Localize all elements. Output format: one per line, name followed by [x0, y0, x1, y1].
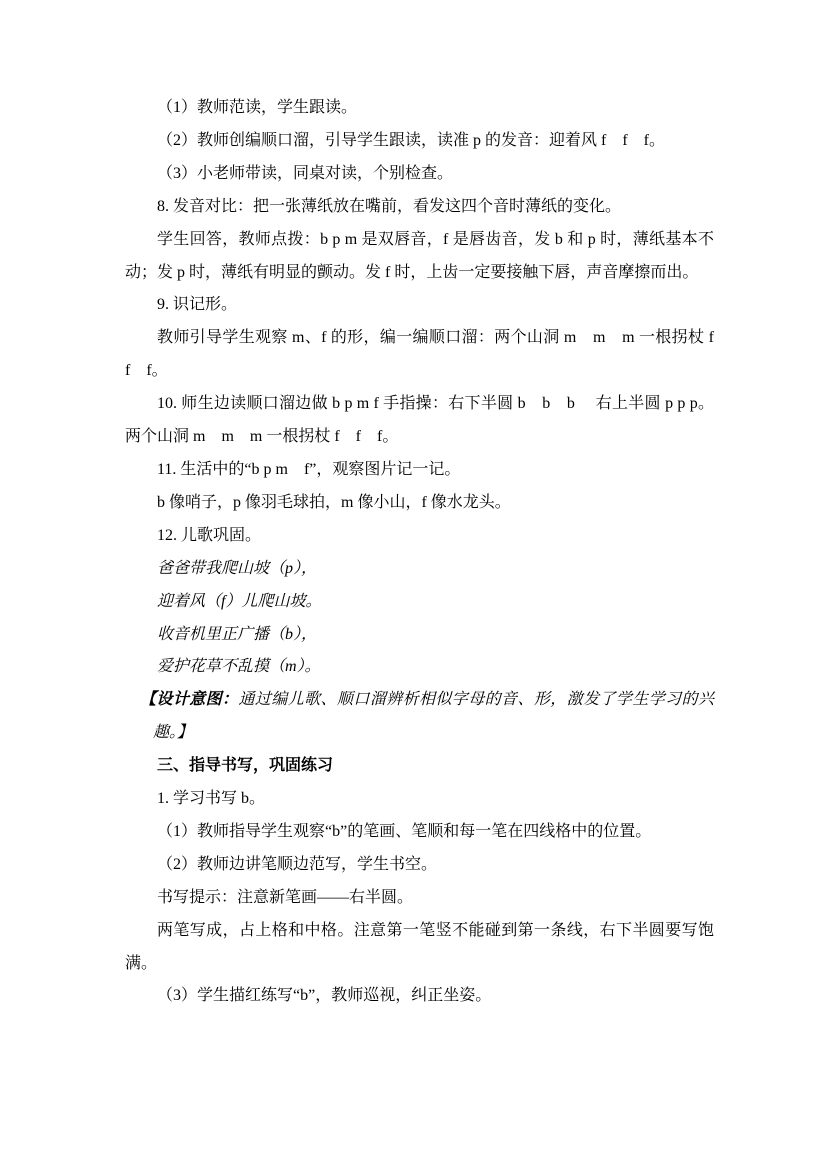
rhyme-line: 收音机里正广播（b）， — [125, 619, 714, 652]
paragraph-write-step1: （1）教师指导学生观察“b”的笔画、笔顺和每一笔在四线格中的位置。 — [125, 816, 714, 849]
rhyme-line: 爸爸带我爬山坡（p）， — [125, 553, 714, 586]
design-intent-note: 【设计意图：通过编儿歌、顺口溜辨析相似字母的音、形，激发了学生学习的兴趣。】 — [153, 684, 714, 750]
paragraph-writing-tip: 书写提示：注意新笔画——右半圆。 — [125, 882, 714, 915]
paragraph-item10: 10. 师生边读顺口溜边做 b p m f 手指操：右下半圆 b b b 右上半… — [125, 388, 714, 454]
paragraph-item11: 11. 生活中的“b p m f”，观察图片记一记。 — [125, 454, 714, 487]
paragraph-step2: （2）教师创编顺口溜，引导学生跟读，读准 p 的发音：迎着风 f f f。 — [125, 125, 714, 158]
paragraph-step3: （3）小老师带读，同桌对读，个别检查。 — [125, 158, 714, 191]
design-intent-text: 通过编儿歌、顺口溜辨析相似字母的音、形，激发了学生学习的兴趣。】 — [153, 691, 714, 741]
section-heading: 三、指导书写，巩固练习 — [125, 750, 714, 783]
paragraph-write-step3: （3）学生描红练写“b”，教师巡视，纠正坐姿。 — [125, 980, 714, 1013]
paragraph-item8: 8. 发音对比：把一张薄纸放在嘴前，看发这四个音时薄纸的变化。 — [125, 191, 714, 224]
paragraph-writing-tip-detail: 两笔写成，占上格和中格。注意第一笔竖不能碰到第一条线，右下半圆要写饱满。 — [125, 915, 714, 981]
rhyme-line: 爱护花草不乱摸（m）。 — [125, 651, 714, 684]
paragraph-write-b: 1. 学习书写 b。 — [125, 783, 714, 816]
rhyme-line: 迎着风（f）儿爬山坡。 — [125, 586, 714, 619]
paragraph-item9: 9. 识记形。 — [125, 289, 714, 322]
paragraph-item11-detail: b 像哨子，p 像羽毛球拍，m 像小山，f 像水龙头。 — [125, 487, 714, 520]
paragraph-item12: 12. 儿歌巩固。 — [125, 520, 714, 553]
paragraph-write-step2: （2）教师边讲笔顺边范写，学生书空。 — [125, 849, 714, 882]
paragraph-item9-detail: 教师引导学生观察 m、f 的形，编一编顺口溜：两个山洞 m m m 一根拐杖 f… — [125, 322, 714, 388]
document-page: （1）教师范读，学生跟读。 （2）教师创编顺口溜，引导学生跟读，读准 p 的发音… — [0, 0, 827, 1170]
design-intent-label: 【设计意图： — [140, 691, 238, 708]
paragraph-step1: （1）教师范读，学生跟读。 — [125, 92, 714, 125]
paragraph-teacher-note: 学生回答，教师点拨：b p m 是双唇音，f 是唇齿音，发 b 和 p 时，薄纸… — [125, 224, 714, 290]
